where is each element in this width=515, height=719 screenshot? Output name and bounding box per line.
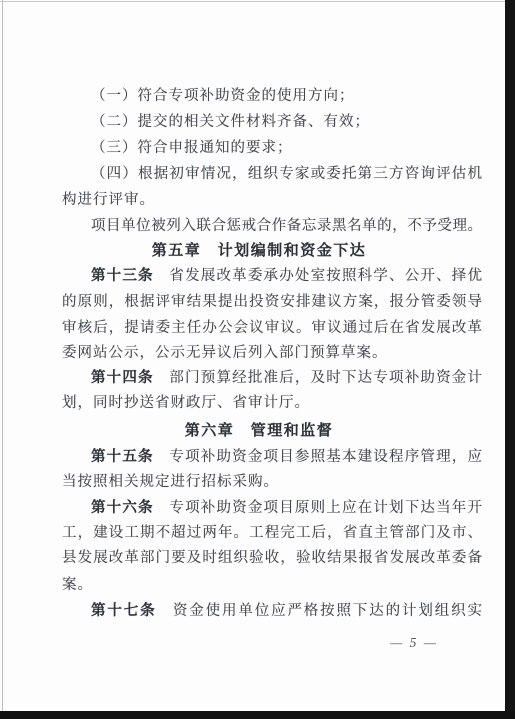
clause-item-3-text: （三）符合申报通知的要求； (91, 140, 293, 156)
article-16-line-4-text: 案。 (62, 577, 93, 593)
article-16-line-3: 县发展改革部门要及时组织验收，验收结果报省发展改革委备 (62, 549, 482, 568)
article-14-line-1: 第十四条 部门预算经批准后，及时下达专项补助资金计 (62, 369, 482, 388)
paper-edge-left (2, 0, 3, 711)
page-number: — 5 — (378, 634, 450, 652)
article-13-line-1: 第十三条 省发展改革委承办处室按照科学、公开、择优 (62, 267, 482, 286)
article-14-line-2-text: 划，同时抄送省财政厅、省审计厅。 (62, 395, 310, 411)
article-16-line-2-text: 工，建设工期不超过两年。工程完工后，省直主管部门及市、 (62, 525, 482, 541)
clause-item-4: （四）根据初审情况，组织专家或委托第三方咨询评估机 (62, 165, 482, 184)
article-15-line-1: 第十五条 专项补助资金项目参照基本建设程序管理，应 (62, 448, 482, 467)
article-13-line-3: 审核后，提请委主任办公会议审议。审议通过后在省发展改革 (62, 319, 482, 338)
clause-item-3: （三）符合申报通知的要求； (62, 139, 482, 158)
article-14-line-1-text: 部门预算经批准后，及时下达专项补助资金计 (154, 370, 482, 386)
article-13-label: 第十三条 (91, 268, 154, 284)
paper-edge-top (0, 1, 505, 2)
clause-item-1-text: （一）符合专项补助资金的使用方向； (91, 88, 355, 104)
article-13-line-3-text: 审核后，提请委主任办公会议审议。审议通过后在省发展改革 (62, 320, 482, 336)
article-13-line-4: 委网站公示，公示无异议后列入部门预算草案。 (62, 344, 482, 363)
blacklist-note-text: 项目单位被列入联合惩戒合作备忘录黑名单的，不予受理。 (91, 218, 482, 234)
clause-item-4-text: （四）根据初审情况，组织专家或委托第三方咨询评估机 (91, 166, 482, 182)
article-13-line-1-text: 省发展改革委承办处室按照科学、公开、择优 (154, 268, 482, 284)
article-16-line-1-text: 专项补助资金项目原则上应在计划下达当年开 (154, 500, 482, 516)
clause-item-1: （一）符合专项补助资金的使用方向； (62, 87, 482, 106)
article-13-line-2-text: 的原则，根据评审结果提出投资安排建议方案，报分管委领导 (62, 294, 482, 310)
clause-item-4-cont-text: 构进行评审。 (62, 192, 155, 208)
blacklist-note: 项目单位被列入联合惩戒合作备忘录黑名单的，不予受理。 (62, 217, 482, 236)
article-15-line-2: 当按照相关规定进行招标采购。 (62, 473, 482, 492)
article-17-label: 第十七条 (91, 603, 156, 619)
clause-item-4-cont: 构进行评审。 (62, 191, 482, 210)
article-16-line-1: 第十六条 专项补助资金项目原则上应在计划下达当年开 (62, 499, 482, 518)
article-15-line-2-text: 当按照相关规定进行招标采购。 (62, 474, 279, 490)
clause-item-2: （二）提交的相关文件材料齐备、有效； (62, 113, 482, 132)
scan-edge-bottom (0, 711, 515, 719)
article-17-line-1: 第十七条 资金使用单位应严格按照下达的计划组织实 (62, 602, 482, 621)
article-16-line-4: 案。 (62, 576, 482, 595)
article-16-line-3-text: 县发展改革部门要及时组织验收，验收结果报省发展改革委备 (62, 550, 482, 566)
clause-item-2-text: （二）提交的相关文件材料齐备、有效； (91, 114, 370, 130)
article-14-label: 第十四条 (91, 370, 154, 386)
chapter-5-heading: 第五章 计划编制和资金下达 (62, 242, 482, 261)
scan-edge-right (505, 0, 515, 719)
article-13-line-4-text: 委网站公示，公示无异议后列入部门预算草案。 (62, 345, 388, 361)
article-15-line-1-text: 专项补助资金项目参照基本建设程序管理，应 (154, 449, 482, 465)
article-16-line-2: 工，建设工期不超过两年。工程完工后，省直主管部门及市、 (62, 524, 482, 543)
scanned-document-page: （一）符合专项补助资金的使用方向； （二）提交的相关文件材料齐备、有效； （三）… (0, 0, 515, 719)
article-15-label: 第十五条 (91, 449, 154, 465)
article-14-line-2: 划，同时抄送省财政厅、省审计厅。 (62, 394, 482, 413)
chapter-6-heading-text: 第六章 管理和监督 (185, 423, 334, 439)
article-16-label: 第十六条 (91, 500, 154, 516)
chapter-5-heading-text: 第五章 计划编制和资金下达 (152, 243, 367, 259)
chapter-6-heading: 第六章 管理和监督 (62, 422, 482, 441)
article-13-line-2: 的原则，根据评审结果提出投资安排建议方案，报分管委领导 (62, 293, 482, 312)
article-17-line-1-text: 资金使用单位应严格按照下达的计划组织实 (156, 603, 482, 619)
